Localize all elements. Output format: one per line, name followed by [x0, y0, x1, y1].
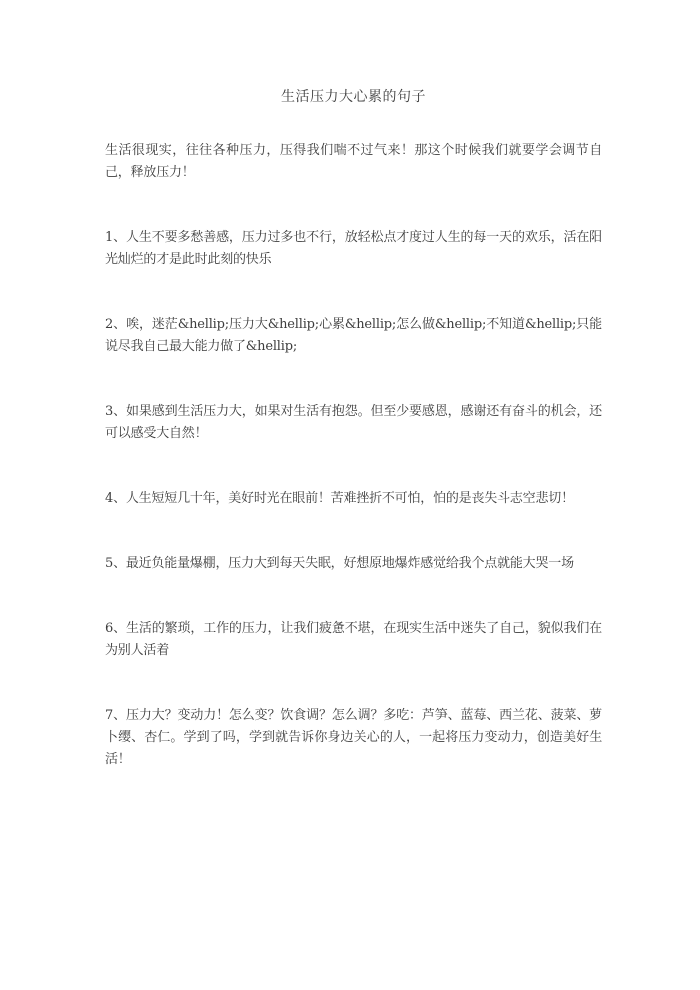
page-title: 生活压力大心累的句子 [105, 86, 602, 106]
list-item-1: 1、人生不要多愁善感，压力过多也不行，放轻松点才度过人生的每一天的欢乐，活在阳光… [105, 227, 602, 271]
list-item-6: 6、生活的繁琐，工作的压力，让我们疲惫不堪，在现实生活中迷失了自己，貌似我们在为… [105, 618, 602, 662]
list-item-3: 3、如果感到生活压力大，如果对生活有抱怨。但至少要感恩，感谢还有奋斗的机会，还可… [105, 401, 602, 445]
list-item-2: 2、唉，迷茫&hellip;压力大&hellip;心累&hellip;怎么做&h… [105, 314, 602, 358]
list-item-5: 5、最近负能量爆棚，压力大到每天失眠，好想原地爆炸感觉给我个点就能大哭一场 [105, 553, 602, 575]
list-item-7: 7、压力大？变动力！怎么变？饮食调？怎么调？多吃：芦笋、蓝莓、西兰花、菠菜、萝卜… [105, 705, 602, 771]
document-page: 生活压力大心累的句子 生活很现实，往往各种压力，压得我们喘不过气来！那这个时候我… [0, 0, 700, 990]
intro-paragraph: 生活很现实，往往各种压力，压得我们喘不过气来！那这个时候我们就要学会调节自己，释… [105, 140, 602, 184]
list-item-4: 4、人生短短几十年，美好时光在眼前！苦难挫折不可怕，怕的是丧失斗志空悲切！ [105, 488, 602, 510]
